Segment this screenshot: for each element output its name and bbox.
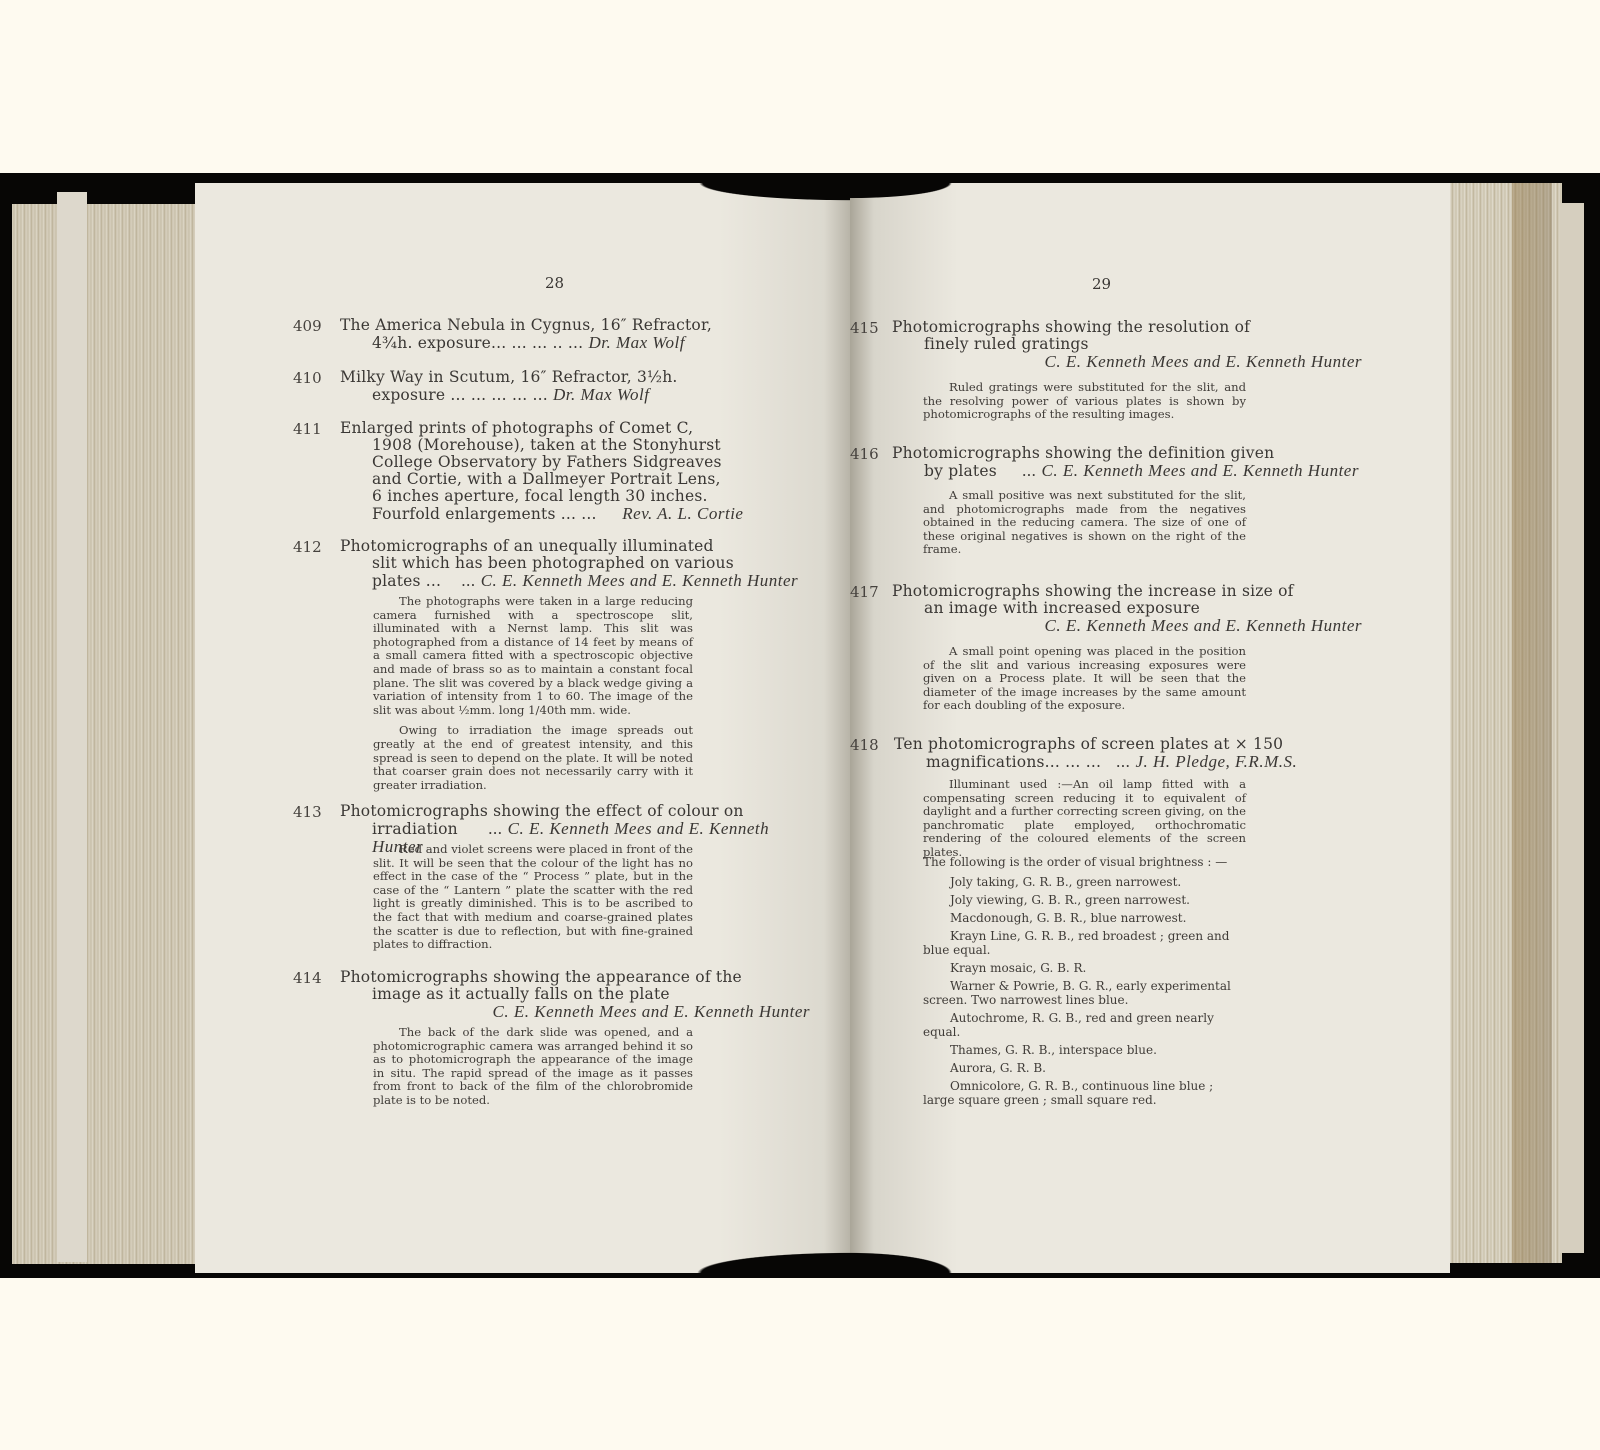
right-cover-board (1560, 203, 1584, 1253)
title-line: The America Nebula in Cygnus, 16″ Refrac… (340, 316, 712, 334)
entry-credit: C. E. Kenneth Mees and E. Kenneth Hunter (892, 617, 1362, 634)
title-line: magnifications... ... ... ... J. H. Pled… (894, 753, 1374, 771)
description-paragraph: Ruled gratings were substituted for the … (923, 381, 1246, 422)
entry-title: Ten photomicrographs of screen plates at… (894, 736, 1374, 771)
list-item: Autochrome, R. G. B., red and green near… (923, 1011, 1246, 1039)
title-line: by plates ... C. E. Kenneth Mees and E. … (892, 462, 1362, 480)
title-line: Photomicrographs showing the definition … (892, 444, 1274, 462)
entry-title: Enlarged prints of photographs of Comet … (340, 420, 810, 523)
left-cover-board (57, 192, 87, 1262)
title-line: Photomicrographs showing the effect of c… (340, 802, 744, 820)
list-item: Krayn Line, G. R. B., red broadest ; gre… (923, 929, 1246, 957)
entry-description: A small positive was next substituted fo… (923, 489, 1246, 564)
title-line: finely ruled gratings (892, 336, 1362, 353)
left-page: 28 409 The America Nebula in Cygnus, 16″… (195, 183, 850, 1273)
description-paragraph: Red and violet screens were placed in fr… (373, 843, 693, 952)
entry-title: Milky Way in Scutum, 16″ Refractor, 3½h.… (340, 369, 810, 404)
entry-credit: Dr. Max Wolf (588, 333, 685, 352)
list-item: Aurora, G. R. B. (923, 1061, 1246, 1075)
title-line: Photomicrographs showing the resolution … (892, 318, 1250, 336)
title-line: plates ... ... C. E. Kenneth Mees and E.… (340, 572, 810, 590)
list-item: Warner & Powrie, B. G. R., early experim… (923, 979, 1246, 1007)
list-item: Omnicolore, G. R. B., continuous line bl… (923, 1079, 1246, 1107)
title-line: College Observatory by Fathers Sidgreave… (340, 454, 810, 471)
description-paragraph: The back of the dark slide was opened, a… (373, 1026, 693, 1108)
entry-number: 411 (293, 420, 322, 438)
entry-title: Photomicrographs showing the resolution … (892, 319, 1362, 370)
title-line: Photomicrographs showing the appearance … (340, 968, 742, 986)
page-number: 29 (1092, 275, 1111, 293)
entry-credit: ... J. H. Pledge, F.R.M.S. (1116, 752, 1297, 771)
entry-credit: ... C. E. Kenneth Mees and E. Kenneth Hu… (1023, 461, 1359, 480)
title-line: Ten photomicrographs of screen plates at… (894, 735, 1283, 753)
entry-description: Ruled gratings were substituted for the … (923, 381, 1246, 429)
page-number: 28 (545, 274, 564, 292)
entry-description: The back of the dark slide was opened, a… (373, 1026, 693, 1115)
description-paragraph: A small point opening was placed in the … (923, 645, 1246, 713)
title-line: image as it actually falls on the plate (340, 986, 810, 1003)
description-paragraph: Owing to irradiation the image spreads o… (373, 724, 693, 792)
title-line: 1908 (Morehouse), taken at the Stonyhurs… (340, 437, 810, 454)
entry-credit: C. E. Kenneth Mees and E. Kenneth Hunter (892, 353, 1362, 370)
entry-number: 409 (293, 317, 322, 335)
title-line: 6 inches aperture, focal length 30 inche… (340, 488, 810, 505)
entry-title: Photomicrographs showing the increase in… (892, 583, 1362, 634)
entry-number: 414 (293, 969, 322, 987)
entry-title: Photomicrographs showing the definition … (892, 445, 1362, 480)
title-line: slit which has been photographed on vari… (340, 555, 810, 572)
list-heading: The following is the order of visual bri… (923, 855, 1246, 869)
description-paragraph: A small positive was next substituted fo… (923, 489, 1246, 557)
list-item: Krayn mosaic, G. B. R. (923, 961, 1246, 975)
title-line: 4¾h. exposure... ... ... .. ... Dr. Max … (340, 334, 810, 352)
right-page-edges (1440, 183, 1562, 1263)
title-line: Photomicrographs showing the increase in… (892, 582, 1294, 600)
entry-description: A small point opening was placed in the … (923, 645, 1246, 720)
brightness-order-list: The following is the order of visual bri… (923, 855, 1246, 1111)
entry-description: Red and violet screens were placed in fr… (373, 843, 693, 959)
description-paragraph: Illuminant used :—An oil lamp fitted wit… (923, 778, 1246, 860)
entry-number: 410 (293, 369, 322, 387)
description-paragraph: The photographs were taken in a large re… (373, 595, 693, 717)
edge-stain (1512, 183, 1552, 1263)
entry-description: Illuminant used :—An oil lamp fitted wit… (923, 778, 1246, 867)
title-line: Enlarged prints of photographs of Comet … (340, 419, 693, 437)
list-item: Joly taking, G. R. B., green narrowest. (923, 875, 1246, 889)
entry-number: 412 (293, 538, 322, 556)
entry-description: The photographs were taken in a large re… (373, 595, 693, 799)
book-photograph: 28 409 The America Nebula in Cygnus, 16″… (0, 173, 1600, 1278)
title-line: Photomicrographs of an unequally illumin… (340, 537, 714, 555)
title-line: and Cortie, with a Dallmeyer Portrait Le… (340, 471, 810, 488)
entry-number: 415 (850, 319, 879, 337)
list-item: Macdonough, G. B. R., blue narrowest. (923, 911, 1246, 925)
entry-number: 418 (850, 736, 879, 754)
list-item: Thames, G. R. B., interspace blue. (923, 1043, 1246, 1057)
list-item: Joly viewing, G. B. R., green narrowest. (923, 893, 1246, 907)
right-page: 29 415 Photomicrographs showing the reso… (850, 183, 1450, 1273)
entry-number: 413 (293, 803, 322, 821)
entry-number: 416 (850, 445, 879, 463)
left-page-edges (12, 204, 202, 1264)
entry-title: Photomicrographs of an unequally illumin… (340, 538, 810, 590)
title-line: exposure ... ... ... ... ... Dr. Max Wol… (340, 386, 810, 404)
entry-title: The America Nebula in Cygnus, 16″ Refrac… (340, 317, 810, 352)
title-line: Fourfold enlargements ... ... Rev. A. L.… (340, 505, 810, 523)
entry-credit: C. E. Kenneth Mees and E. Kenneth Hunter (340, 1003, 810, 1020)
title-line: an image with increased exposure (892, 600, 1362, 617)
entry-credit: ... C. E. Kenneth Mees and E. Kenneth Hu… (462, 571, 798, 590)
entry-title: Photomicrographs showing the appearance … (340, 969, 810, 1020)
entry-credit: Dr. Max Wolf (553, 385, 650, 404)
entry-number: 417 (850, 583, 879, 601)
title-line: Milky Way in Scutum, 16″ Refractor, 3½h. (340, 368, 678, 386)
entry-credit: Rev. A. L. Cortie (622, 504, 743, 523)
